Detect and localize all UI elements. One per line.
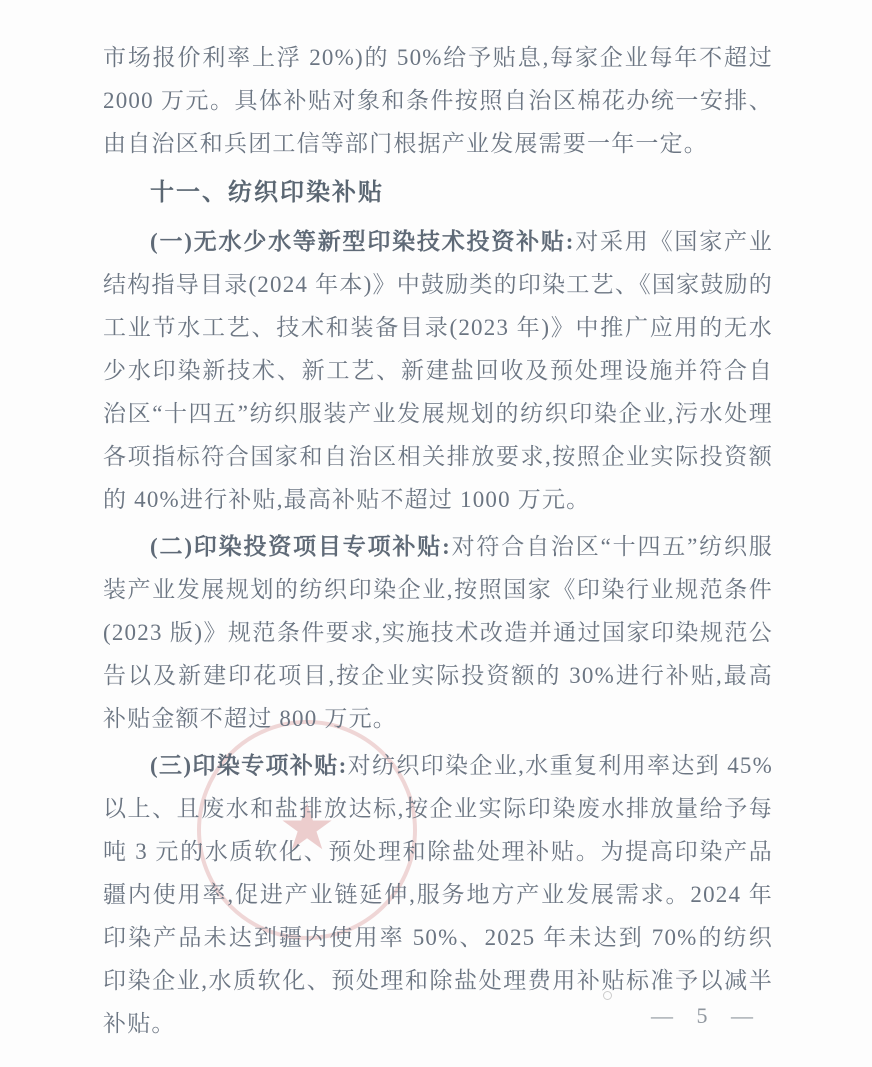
- subsidy-item-1-title: (一)无水少水等新型印染技术投资补贴:: [150, 229, 575, 254]
- continuation-paragraph: 市场报价利率上浮 20%)的 50%给予贴息,每家企业每年不超过 2000 万元…: [103, 36, 773, 165]
- document-body: 市场报价利率上浮 20%)的 50%给予贴息,每家企业每年不超过 2000 万元…: [103, 36, 773, 1049]
- subsidy-item-3-title: (三)印染专项补贴:: [150, 753, 347, 778]
- page-number: — 5 —: [651, 1003, 762, 1029]
- subsidy-item-2: (二)印染投资项目专项补贴:对符合自治区“十四五”纺织服装产业发展规划的纺织印染…: [103, 525, 773, 740]
- subsidy-item-2-title: (二)印染投资项目专项补贴:: [150, 534, 451, 559]
- subsidy-item-2-text: 对符合自治区“十四五”纺织服装产业发展规划的纺织印染企业,按照国家《印染行业规范…: [103, 534, 773, 731]
- subsidy-item-3: (三)印染专项补贴:对纺织印染企业,水重复利用率达到 45%以上、且废水和盐排放…: [103, 744, 773, 1045]
- subsidy-item-1: (一)无水少水等新型印染技术投资补贴:对采用《国家产业结构指导目录(2024 年…: [103, 220, 773, 521]
- section-heading: 十一、纺织印染补贴: [103, 171, 773, 214]
- document-page: ★ 市场报价利率上浮 20%)的 50%给予贴息,每家企业每年不超过 2000 …: [0, 0, 872, 1067]
- subsidy-item-3-text: 对纺织印染企业,水重复利用率达到 45%以上、且废水和盐排放达标,按企业实际印染…: [103, 753, 773, 1036]
- subsidy-item-1-text: 对采用《国家产业结构指导目录(2024 年本)》中鼓励类的印染工艺、《国家鼓励的…: [103, 229, 773, 512]
- scan-artifact-dot: [603, 991, 612, 1000]
